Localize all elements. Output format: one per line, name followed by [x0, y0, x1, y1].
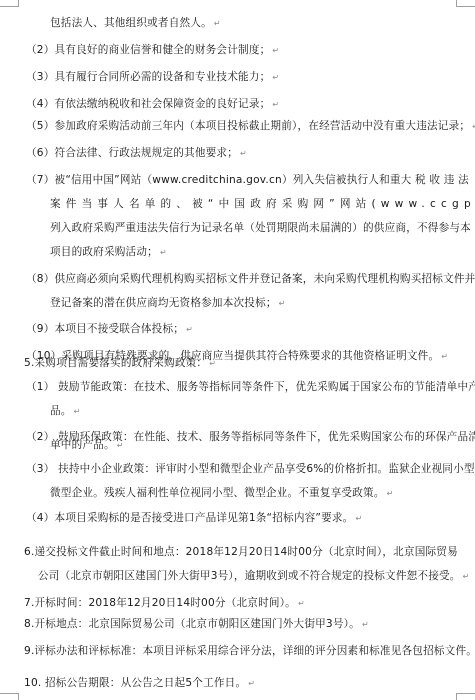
line-text: 项目的政府采购活动； [50, 246, 158, 258]
document-line: 公司（北京市朝阳区建国门外大街甲3号），逾期收到或不符合规定的投标文件恕不接受。… [38, 569, 470, 584]
document-line: （2）具有良好的商业信誉和健全的财务会计制度；↵ [26, 43, 279, 58]
document-line: 单中的产品。↵ [50, 438, 124, 453]
document-line: （6）符合法律、行政法规规定的其他要求；↵ [26, 146, 247, 161]
paragraph-mark-icon: ↵ [441, 352, 448, 361]
line-text: （1） 鼓励节能政策：在技术、服务等指标同等条件下，优先采购属于国家公布的节能清… [26, 381, 475, 393]
line-text: 单中的产品。 [50, 439, 115, 451]
margin-corner-top-left [0, 0, 19, 7]
document-line: 8.开标地点：北京国际贸易公司（北京市朝阳区建国门外大街甲3号）。↵ [24, 617, 369, 632]
document-line: 7.开标时间：2018年12月20日14时00分（北京时间）。↵ [24, 596, 305, 611]
document-line: （4）本项目采购标的是否接受进口产品详见第1条“招标内容”要求。↵ [26, 511, 362, 526]
line-text: 列入政府采购严重违法失信行为记录名单（处罚期限尚未届满的）的供应商，不得参与本 [50, 222, 471, 234]
margin-corner-bottom-left [0, 693, 19, 700]
line-text: （5）参加政府采购活动前三年内（本项目投标截止期前），在经营活动中没有重大违法记… [26, 120, 470, 132]
paragraph-mark-icon: ↵ [209, 359, 216, 368]
document-line: 列入政府采购严重违法失信行为记录名单（处罚期限尚未届满的）的供应商，不得参与本 [50, 221, 471, 235]
paragraph-mark-icon: ↵ [279, 299, 286, 308]
paragraph-mark-icon: ↵ [117, 441, 124, 450]
line-text: 品。 [50, 405, 72, 417]
line-text: 10. 招标公告期限：从公告之日起5个工作日。 [24, 677, 246, 689]
paragraph-mark-icon: ↵ [387, 489, 394, 498]
line-text: 9.评标办法和评标标准：本项目评标采用综合评分法，详细的评分因素和标准见各包招标… [24, 645, 475, 657]
line-text: （9）本项目不接受联合体投标； [26, 323, 184, 335]
line-text: 包括法人、其他组织或者自然人。 [50, 17, 212, 29]
document-line: 微型企业。残疾人福利性单位视同小型、微型企业。不重复享受政策。↵ [50, 486, 394, 501]
line-text: （7）被“信用中国”网站（www.creditchina.gov.cn）列入失信… [26, 174, 469, 186]
paragraph-mark-icon: ↵ [362, 620, 369, 629]
line-text: （4）本项目采购标的是否接受进口产品详见第1条“招标内容”要求。 [26, 512, 353, 524]
paragraph-mark-icon: ↵ [463, 572, 470, 581]
paragraph-mark-icon: ↵ [214, 19, 221, 28]
paragraph-mark-icon: ↵ [240, 149, 247, 158]
document-line: （5）参加政府采购活动前三年内（本项目投标截止期前），在经营活动中没有重大违法记… [26, 119, 475, 134]
margin-corner-bottom-right [456, 693, 475, 700]
document-line: 案件当事人名单的、被“中国政府采购网”网站(www.ccgp.gov.cn) [50, 197, 475, 211]
paragraph-mark-icon: ↵ [272, 46, 279, 55]
document-line: （4）有依法缴纳税收和社会保障资金的良好记录；↵ [26, 97, 279, 112]
document-line: （3） 扶持中小企业政策：评审时小型和微型企业产品享受6%的价格折扣。监狱企业视… [26, 462, 475, 476]
line-text: 6.递交投标文件截止时间和地点：2018年12月20日14时00分（北京时间），… [24, 546, 458, 558]
line-text: 登记备案的潜在供应商均无资格参加本次投标； [50, 297, 277, 309]
paragraph-mark-icon: ↵ [272, 73, 279, 82]
document-line: 品。↵ [50, 404, 81, 419]
line-text: 案件当事人名单的、被“中国政府采购网”网站(www.ccgp.gov.cn) [50, 198, 475, 210]
document-line: 登记备案的潜在供应商均无资格参加本次投标；↵ [50, 296, 286, 311]
document-line: 5.采购项目需要落实的政府采购政策：↵ [24, 356, 216, 371]
paragraph-mark-icon: ↵ [160, 248, 167, 257]
paragraph-mark-icon: ↵ [355, 514, 362, 523]
line-text: （4）有依法缴纳税收和社会保障资金的良好记录； [26, 98, 270, 110]
paragraph-mark-icon: ↵ [298, 599, 305, 608]
paragraph-mark-icon: ↵ [186, 325, 193, 334]
line-text: 公司（北京市朝阳区建国门外大街甲3号），逾期收到或不符合规定的投标文件恕不接受。 [38, 570, 461, 582]
document-line: 9.评标办法和评标标准：本项目评标采用综合评分法，详细的评分因素和标准见各包招标… [24, 644, 475, 659]
paragraph-mark-icon: ↵ [248, 679, 255, 688]
document-line: 项目的政府采购活动；↵ [50, 245, 167, 260]
line-text: 8.开标地点：北京国际贸易公司（北京市朝阳区建国门外大街甲3号）。 [24, 618, 360, 630]
line-text: 微型企业。残疾人福利性单位视同小型、微型企业。不重复享受政策。 [50, 487, 385, 499]
paragraph-mark-icon: ↵ [272, 100, 279, 109]
margin-corner-top-right [456, 0, 475, 7]
paragraph-mark-icon: ↵ [74, 407, 81, 416]
document-line: （8）供应商必须向采购代理机构购买招标文件并登记备案，未向采购代理机构购买招标文… [26, 272, 475, 286]
document-line: （1） 鼓励节能政策：在技术、服务等指标同等条件下，优先采购属于国家公布的节能清… [26, 380, 475, 394]
document-line: （3）具有履行合同所必需的设备和专业技术能力；↵ [26, 70, 279, 85]
line-text: 5.采购项目需要落实的政府采购政策： [24, 357, 207, 369]
line-text: 7.开标时间：2018年12月20日14时00分（北京时间）。 [24, 597, 296, 609]
document-line: 包括法人、其他组织或者自然人。↵ [50, 16, 221, 31]
line-text: （3） 扶持中小企业政策：评审时小型和微型企业产品享受6%的价格折扣。监狱企业视… [26, 463, 475, 475]
line-text: （3）具有履行合同所必需的设备和专业技术能力； [26, 71, 270, 83]
document-line: （7）被“信用中国”网站（www.creditchina.gov.cn）列入失信… [26, 173, 469, 187]
document-line: 6.递交投标文件截止时间和地点：2018年12月20日14时00分（北京时间），… [24, 545, 458, 559]
line-text: （2）具有良好的商业信誉和健全的财务会计制度； [26, 44, 270, 56]
document-line: 10. 招标公告期限：从公告之日起5个工作日。↵ [24, 676, 255, 691]
line-text: （8）供应商必须向采购代理机构购买招标文件并登记备案，未向采购代理机构购买招标文… [26, 273, 475, 285]
document-line: （9）本项目不接受联合体投标；↵ [26, 322, 193, 337]
line-text: （6）符合法律、行政法规规定的其他要求； [26, 147, 238, 159]
